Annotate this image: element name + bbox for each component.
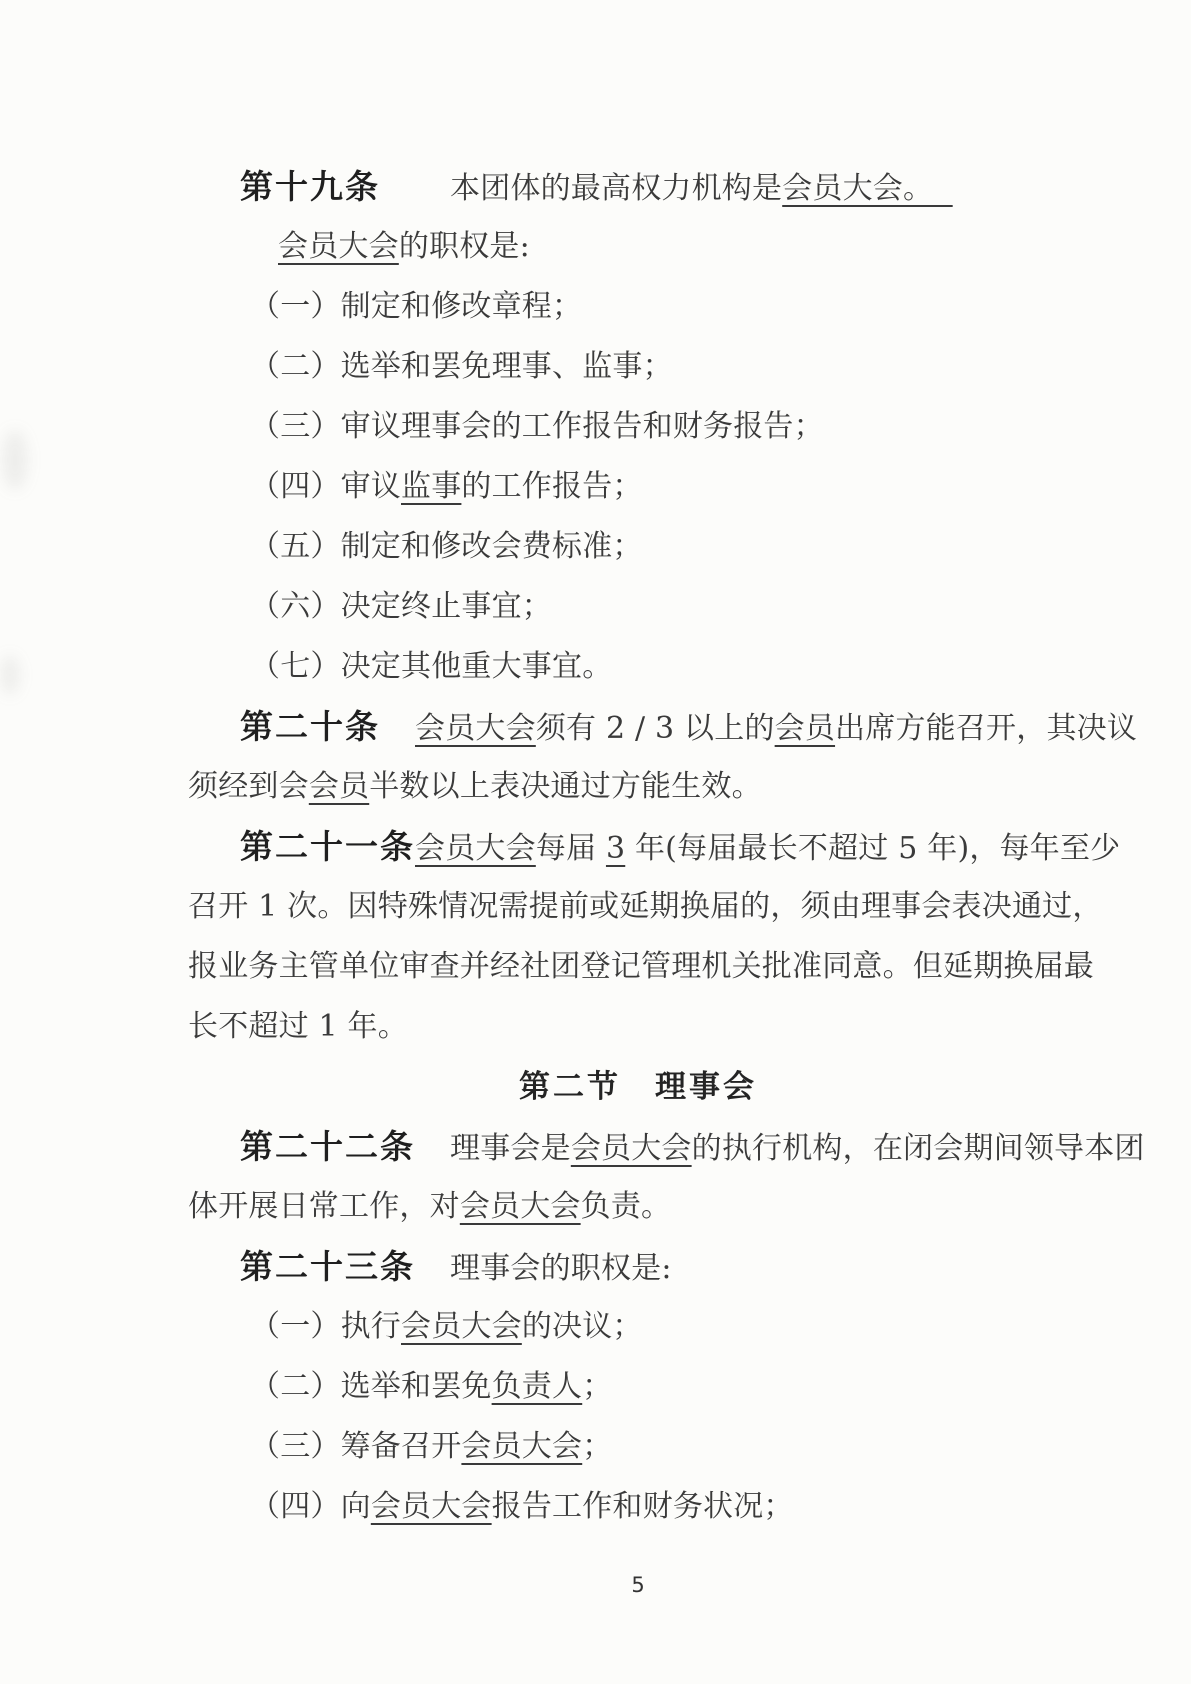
list-item-3: （三）筹备召开会员大会； [188, 1417, 1088, 1477]
text-segment: 的工作报告； [461, 469, 642, 504]
underlined-term: 会员大会 [371, 1489, 492, 1524]
list-item-2: （二）选举和罢免负责人； [188, 1357, 1088, 1417]
text-segment: （五）制定和修改会费标准； [250, 529, 643, 564]
list-item-4: （四）审议监事的工作报告； [188, 457, 1088, 517]
text-line: 体开展日常工作，对会员大会负责。 [188, 1177, 1088, 1237]
article-number: 第二十条 [240, 708, 415, 745]
scan-smudge [0, 655, 20, 695]
text-segment: 年(每届最长不超过 5 年)，每年至少 [625, 831, 1120, 866]
underlined-term: 监事 [401, 469, 461, 504]
text-segment: 的职权是: [399, 229, 530, 264]
underlined-term: 会员大会 [461, 1429, 582, 1464]
document-body: 第十九条 本团体的最高权力机构是会员大会。 会员大会的职权是: （一）制定和修改… [188, 157, 1088, 1615]
text-segment: 的执行机构，在闭会期间领导本团 [692, 1131, 1145, 1166]
text-segment: 本团体的最高权力机构是 [450, 171, 782, 206]
text-line-article-22: 第二十二条 理事会是会员大会的执行机构，在闭会期间领导本团 [188, 1117, 1088, 1177]
text-line-article-21: 第二十一条会员大会每届 3 年(每届最长不超过 5 年)，每年至少 [188, 817, 1088, 877]
text-line: 长不超过 1 年。 [188, 997, 1088, 1057]
list-item-6: （六）决定终止事宜； [188, 577, 1088, 637]
text-segment: （六）决定终止事宜； [250, 589, 552, 624]
text-segment: （二）选举和罢免 [250, 1369, 492, 1404]
text-segment: （三）审议理事会的工作报告和财务报告； [250, 409, 824, 444]
scan-smudge [2, 430, 28, 490]
list-item-5: （五）制定和修改会费标准； [188, 517, 1088, 577]
article-number: 第二十三条 [240, 1248, 450, 1285]
text-segment: 体开展日常工作，对 [188, 1189, 460, 1224]
underlined-term: 会员 [309, 769, 369, 804]
text-segment: （二）选举和罢免理事、监事； [250, 349, 673, 384]
article-number: 第二十一条 [240, 828, 415, 865]
text-segment: 负责。 [581, 1189, 672, 1224]
text-segment: 须有 2 / 3 以上的 [536, 711, 775, 746]
section-heading-text: 第二节 理事会 [519, 1069, 757, 1105]
text-segment: ； [582, 1429, 612, 1464]
text-segment: （四）向 [250, 1489, 371, 1524]
text-line: 报业务主管单位审查并经社团登记管理机关批准同意。但延期换届最 [188, 937, 1088, 997]
text-segment: 半数以上表决通过方能生效。 [369, 769, 762, 804]
underlined-term: 会员 [775, 711, 835, 746]
list-item-4: （四）向会员大会报告工作和财务状况； [188, 1477, 1088, 1537]
underlined-term: 会员大会 [571, 1131, 692, 1166]
underlined-term: 会员大会 [415, 831, 536, 866]
page-footer: 5 [188, 1555, 1088, 1615]
list-item-1: （一）执行会员大会的决议； [188, 1297, 1088, 1357]
text-segment: 报告工作和财务状况； [492, 1489, 794, 1524]
text-segment: 出席方能召开，其决议 [835, 711, 1137, 746]
text-segment: 报业务主管单位审查并经社团登记管理机关批准同意。但延期换届最 [188, 949, 1094, 984]
text-line: 须经到会会员半数以上表决通过方能生效。 [188, 757, 1088, 817]
list-item-3: （三）审议理事会的工作报告和财务报告； [188, 397, 1088, 457]
underlined-term: 会员大会 [460, 1189, 581, 1224]
list-item-1: （一）制定和修改章程； [188, 277, 1088, 337]
underlined-term: 会员大会 [415, 711, 536, 746]
underlined-term: 会员大会。 [782, 171, 952, 206]
text-segment: （四）审议 [250, 469, 401, 504]
text-line-article-20: 第二十条 会员大会须有 2 / 3 以上的会员出席方能召开，其决议 [188, 697, 1088, 757]
article-number: 第十九条 [240, 168, 450, 205]
text-segment: 的决议； [522, 1309, 643, 1344]
text-segment: （三）筹备召开 [250, 1429, 461, 1464]
text-segment: 须经到会 [188, 769, 309, 804]
text-segment: 理事会的职权是: [450, 1251, 672, 1286]
list-item-2: （二）选举和罢免理事、监事； [188, 337, 1088, 397]
text-line-article-23: 第二十三条 理事会的职权是: [188, 1237, 1088, 1297]
underlined-term: 3 [606, 831, 625, 866]
text-segment: ； [582, 1369, 612, 1404]
page-number: 5 [631, 1573, 644, 1597]
text-segment: （七）决定其他重大事宜。 [250, 649, 612, 684]
text-line-article-19: 第十九条 本团体的最高权力机构是会员大会。 [188, 157, 1088, 217]
text-segment: 每届 [536, 831, 606, 866]
list-item-7: （七）决定其他重大事宜。 [188, 637, 1088, 697]
text-segment: 理事会是 [450, 1131, 571, 1166]
text-line: 会员大会的职权是: [188, 217, 1088, 277]
text-segment: （一）执行 [250, 1309, 401, 1344]
underlined-term: 负责人 [492, 1369, 583, 1404]
text-segment: 召开 1 次。因特殊情况需提前或延期换届的，须由理事会表决通过， [188, 889, 1103, 924]
text-line: 召开 1 次。因特殊情况需提前或延期换届的，须由理事会表决通过， [188, 877, 1088, 937]
underlined-term: 会员大会 [278, 229, 399, 264]
text-segment: 长不超过 1 年。 [188, 1009, 408, 1044]
section-heading: 第二节 理事会 [188, 1057, 1088, 1117]
text-segment: （一）制定和修改章程； [250, 289, 582, 324]
scanned-document-page: 第十九条 本团体的最高权力机构是会员大会。 会员大会的职权是: （一）制定和修改… [0, 0, 1191, 1684]
underlined-term: 会员大会 [401, 1309, 522, 1344]
article-number: 第二十二条 [240, 1128, 450, 1165]
